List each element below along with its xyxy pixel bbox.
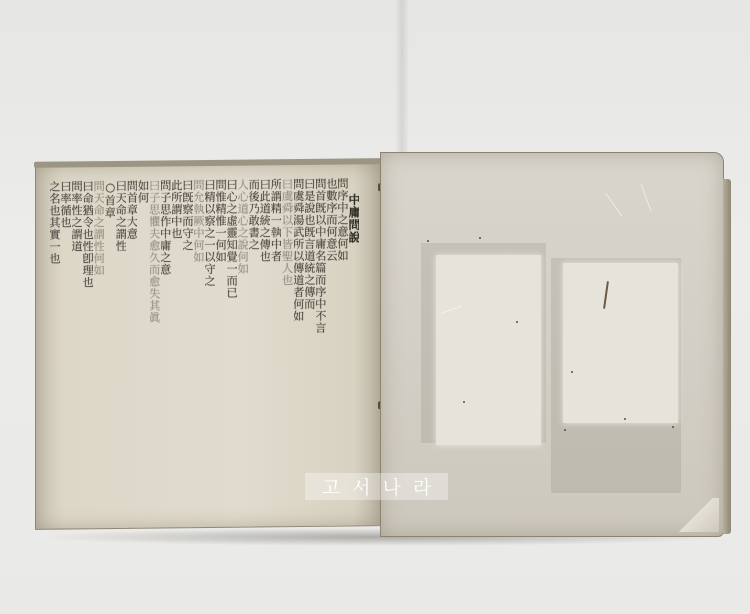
paper-speck: [463, 401, 465, 403]
text-column: 問允執厥中何如: [194, 179, 204, 509]
text-column: 曰虞舜以下皆聖人也: [282, 178, 292, 508]
text-column: 所謂精一執中者: [271, 178, 281, 508]
paper-fiber: [606, 193, 623, 217]
paper-patch-left: [436, 255, 541, 445]
text-column: 此所謂中也: [172, 179, 182, 509]
text-column: 曰命猶令也性卽理也: [83, 180, 93, 510]
text-column: 曰是說也旣言道統之傳而: [305, 178, 315, 508]
text-column: 問率性之謂道: [72, 180, 82, 510]
text-column: 曰精以察之一以守之: [205, 179, 215, 509]
text-column: 人心道心之說何如: [238, 179, 248, 509]
folded-corner: [679, 498, 719, 532]
page-top-edge: [34, 158, 384, 168]
text-columns: 中庸問說 問序中之意何如 也數序而何意云 問首旣以中庸名篇而序中不言 曰是說也旣…: [50, 177, 359, 510]
paper-speck: [427, 240, 429, 242]
text-column: 問虞舜湯武所以傳道者何如: [294, 178, 304, 508]
text-column: 問首章大意: [127, 180, 137, 510]
paper-speck: [672, 426, 674, 428]
text-column: 曰子思懼夫愈久而愈失其眞: [150, 180, 160, 510]
text-column: 之名也其實一也: [50, 181, 60, 511]
text-column: 也數序而何意云: [327, 178, 337, 508]
page-heading: 中庸問說: [349, 177, 359, 507]
text-column: 曰天命之謂性: [116, 180, 126, 510]
page-stack-edge: [723, 179, 731, 534]
text-column: 問惟精惟一何如: [216, 179, 226, 509]
paper-fiber: [641, 183, 652, 212]
paper-speck: [516, 321, 518, 323]
text-column: 曰旣察而守之: [183, 179, 193, 509]
text-column: 問首旣以中庸名篇而序中不言: [316, 178, 326, 508]
text-column: 問序中之意何如: [338, 178, 348, 508]
watermark: 고서나라: [305, 473, 448, 500]
paper-speck: [624, 418, 626, 420]
paper-speck: [564, 429, 566, 431]
paper-patch-right: [563, 263, 678, 423]
text-column: 問子思作中庸之意: [161, 179, 171, 509]
text-column: ○首章: [105, 180, 115, 510]
paper-speck: [571, 371, 573, 373]
text-column: 問天命之謂性何如: [94, 180, 104, 510]
text-column: 曰心之虛靈知覺一而已: [227, 179, 237, 509]
text-column: 曰率循也: [61, 180, 71, 510]
text-column: 而後乃敢書之: [249, 178, 259, 508]
paper-speck: [479, 237, 481, 239]
text-column: 如何: [138, 180, 148, 510]
text-column: 曰此道統之傳也: [260, 178, 270, 508]
